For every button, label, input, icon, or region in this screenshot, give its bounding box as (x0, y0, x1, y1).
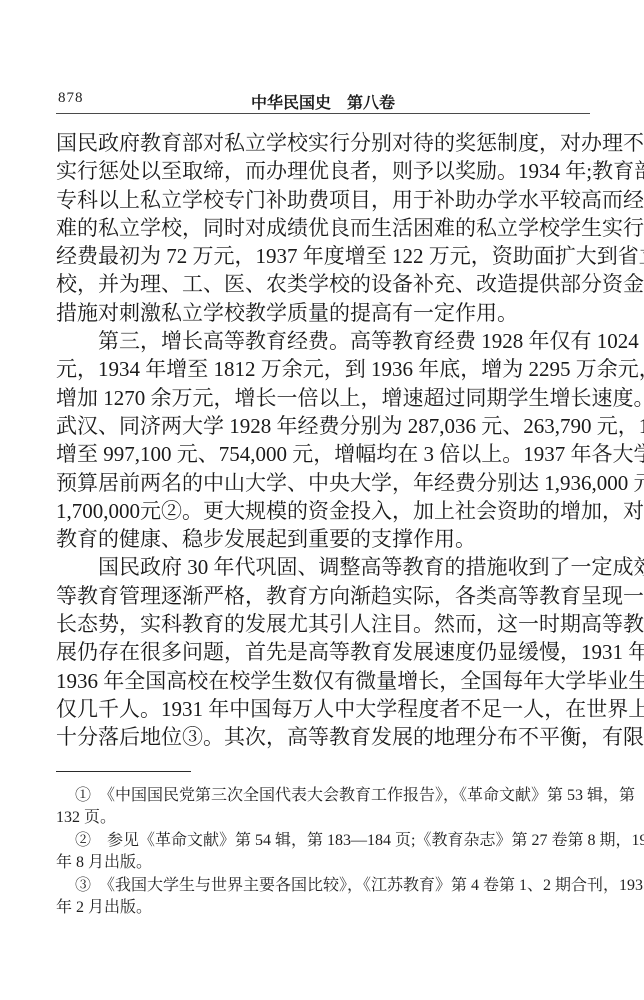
text-line: 元，1934 年增至 1812 万余元，到 1936 年底，增为 2295 万余… (56, 355, 590, 383)
text-line: 第三，增长高等教育经费。高等教育经费 1928 年仅有 1024 万余 (56, 327, 590, 355)
text-line: 专科以上私立学校专门补助费项目，用于补助办学水平较高而经费困 (56, 186, 590, 214)
footnote-line: 年 2 月出版。 (56, 897, 590, 920)
text-line: 增至 997,100 元、754,000 元，增幅均在 3 倍以上。1937 年… (56, 440, 590, 468)
text-line: 1,700,000元②。更大规模的资金投入，加上社会资助的增加，对高等 (56, 497, 590, 525)
text-line: 实行惩处以至取缔，而办理优良者，则予以奖励。1934 年;教育部设置 (56, 157, 590, 185)
text-line: 校，并为理、工、医、农类学校的设备补充、改造提供部分资金①。这些 (56, 270, 590, 298)
text-line: 措施对刺激私立学校教学质量的提高有一定作用。 (56, 299, 590, 327)
text-line: 国民政府教育部对私立学校实行分别对待的奖惩制度，对办理不善者， (56, 129, 590, 157)
footnote-separator (56, 771, 191, 772)
footnote-line: 年 8 月出版。 (56, 852, 590, 875)
footnote-line: ③ 《我国大学生与世界主要各国比较》，《江苏教育》第 4 卷第 1、2 期合刊，… (56, 875, 590, 898)
text-line: 国民政府 30 年代巩固、调整高等教育的措施收到了一定成效。高 (56, 553, 590, 581)
footnote-2: ② 参见《革命文献》第 54 辑，第 183—184 页;《教育杂志》第 27 … (56, 830, 590, 875)
footnote-3: ③ 《我国大学生与世界主要各国比较》，《江苏教育》第 4 卷第 1、2 期合刊，… (56, 875, 590, 920)
text-line: 等教育管理逐渐严格，教育方向渐趋实际，各类高等教育呈现一定的增 (56, 582, 590, 610)
text-line: 增加 1270 余万元，增长一倍以上，增速超过同期学生增长速度。其中， (56, 384, 590, 412)
footnote-line: ② 参见《革命文献》第 54 辑，第 183—184 页;《教育杂志》第 27 … (56, 830, 590, 853)
footnotes: ① 《中国国民党第三次全国代表大会教育工作报告》，《革命文献》第 53 辑，第 … (56, 785, 590, 920)
paragraph-1: 国民政府教育部对私立学校实行分别对待的奖惩制度，对办理不善者， 实行惩处以至取缔… (56, 129, 590, 327)
book-page: 878 中华民国史 第八卷 国民政府教育部对私立学校实行分别对待的奖惩制度，对办… (0, 0, 644, 1000)
footnote-1: ① 《中国国民党第三次全国代表大会教育工作报告》，《革命文献》第 53 辑，第 … (56, 785, 590, 830)
text-line: 武汉、同济两大学 1928 年经费分别为 287,036 元、263,790 元… (56, 412, 590, 440)
text-line: 十分落后地位③。其次，高等教育发展的地理分布不平衡，有限的大学 (56, 723, 590, 751)
text-line: 1936 年全国高校在校学生数仅有微量增长，全国每年大学毕业生人数 (56, 667, 590, 695)
header-rule (56, 113, 590, 114)
text-line: 难的私立学校，同时对成绩优良而生活困难的私立学校学生实行救助， (56, 214, 590, 242)
page-header: 878 中华民国史 第八卷 (56, 90, 590, 107)
footnote-line: 132 页。 (56, 807, 590, 830)
text-line: 仅几千人。1931 年中国每万人中大学程度者不足一人，在世界上处于 (56, 695, 590, 723)
text-line: 展仍存在很多问题，首先是高等教育发展速度仍显缓慢，1931 年— (56, 638, 590, 666)
text-line: 预算居前两名的中山大学、中央大学，年经费分别达 1,936,000 元、 (56, 469, 590, 497)
paragraph-3: 国民政府 30 年代巩固、调整高等教育的措施收到了一定成效。高 等教育管理逐渐严… (56, 553, 590, 751)
text-line: 教育的健康、稳步发展起到重要的支撑作用。 (56, 525, 590, 553)
paragraph-2: 第三，增长高等教育经费。高等教育经费 1928 年仅有 1024 万余 元，19… (56, 327, 590, 553)
body-text: 国民政府教育部对私立学校实行分别对待的奖惩制度，对办理不善者， 实行惩处以至取缔… (56, 129, 590, 752)
running-title: 中华民国史 第八卷 (56, 90, 590, 113)
text-line: 长态势，实科教育的发展尤其引人注目。然而，这一时期高等教育的发 (56, 610, 590, 638)
footnote-line: ① 《中国国民党第三次全国代表大会教育工作报告》，《革命文献》第 53 辑，第 (56, 785, 590, 808)
text-line: 经费最初为 72 万元，1937 年度增至 122 万元，资助面扩大到省立学 (56, 242, 590, 270)
